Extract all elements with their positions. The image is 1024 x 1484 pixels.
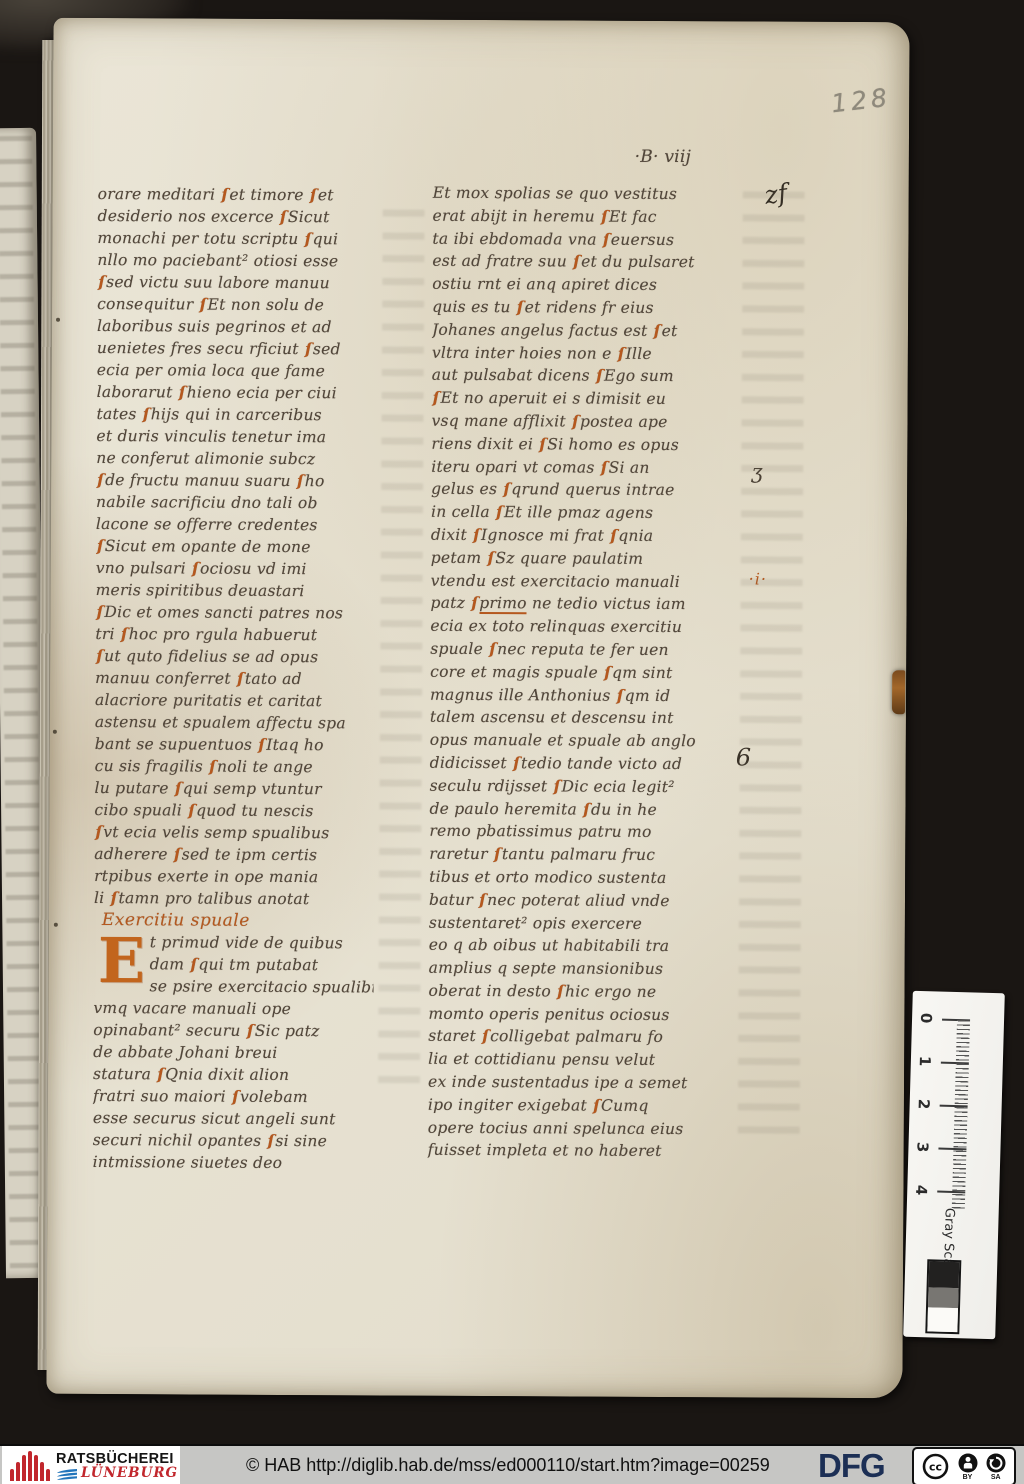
manuscript-text-line: est ad fratre suu ſet du pulsaret [432, 250, 737, 274]
manuscript-text-line: iteru opari vt comas ſSi an [431, 455, 736, 479]
manuscript-text-line: magnus ille Anthonius ſqm id [430, 683, 735, 707]
margin-rubric-mark: ·i· [749, 569, 767, 588]
dfg-logo: DFG [818, 1447, 885, 1484]
column2-body: Et mox spolias se quo vestituserat abijt… [428, 182, 738, 1164]
manuscript-text-line: de abbate Johani breui [93, 1041, 373, 1064]
manuscript-text-line: didicisset ſtedio tande victo ad [430, 752, 735, 776]
manuscript-text-line: ſSicut em opante de mone [96, 535, 376, 558]
manuscript-text-line: cibo spuali ſquod tu nescis [94, 799, 374, 822]
manuscript-text-line: meris spiritibus deuastari [96, 579, 376, 602]
scan-photo: 128 ·B· viij zf ʒ ·i· 6 orare meditari ſ… [0, 0, 1024, 1484]
manuscript-text-line: lacone se offerre credentes [96, 513, 376, 536]
manuscript-text-line: erat abijt in heremu ſEt fac [433, 205, 738, 229]
library-bars-icon [10, 1449, 50, 1481]
previous-folio-ghost-text [0, 136, 44, 1270]
manuscript-text-line: fuisset impleta et no haberet [428, 1139, 733, 1163]
manuscript-text-line: statura ſQnia dixit alion [93, 1063, 373, 1086]
manuscript-text-line: eo q ab oibus ut habitabili tra [429, 934, 734, 958]
manuscript-text-line: ſsed victu suu labore manuu [97, 271, 377, 294]
manuscript-text-line: orare meditari ſet timore ſet [98, 183, 378, 206]
manuscript-text-line: nabile sacrificiu dno tali ob [96, 491, 376, 514]
manuscript-text-line: vsq mane afflixit ſpostea ape [431, 410, 736, 434]
column1-body: orare meditari ſet timore ſetdesiderio n… [94, 183, 378, 910]
manuscript-text-line: bant se supuentuos ſItaq ho [95, 733, 375, 756]
manuscript-text-line: t primud vide de quibus [150, 931, 374, 954]
manuscript-text-line: li ſtamn pro talibus anotat [94, 887, 374, 910]
fore-edge-clasp-remnant [892, 670, 905, 714]
manuscript-text-line: uenietes fres secu rficiut ſsed [97, 337, 377, 360]
manuscript-text-line: aut pulsabat dicens ſEgo sum [432, 364, 737, 388]
manuscript-text-line: core et magis spuale ſqm sint [430, 660, 735, 684]
manuscript-text-line: momto operis penitus ociosus [428, 1002, 733, 1026]
ruler-minor-ticks [952, 1020, 970, 1210]
manuscript-text-line: cu sis fragilis ſnoli te ange [95, 755, 375, 778]
margin-nota-mark-2: 6 [736, 743, 751, 771]
manuscript-text-line: manuu conferret ſtato ad [95, 667, 375, 690]
manuscript-text-line: riens dixit ei ſSi homo es opus [431, 433, 736, 457]
patch-black [929, 1261, 960, 1288]
ruler-number-4: 4 [912, 1182, 930, 1198]
footer-bar: RATSBÜCHEREI LÜNEBURG © HAB http://digli… [0, 1444, 1024, 1484]
binding-hole [54, 923, 58, 927]
manuscript-text-line: monachi per totu scriptu ſqui [97, 227, 377, 250]
manuscript-text-line: rtpibus exerte in ope mania [94, 865, 374, 888]
manuscript-text-line: remo pbatissimus patru mo [429, 820, 734, 844]
manuscript-text-line: opinabant² securu ſSic patz [93, 1019, 373, 1042]
manuscript-text-line: vmq vacare manuali ope [93, 997, 373, 1020]
grayscale-ruler: 0 1 2 3 4 Gray Scale [903, 991, 1005, 1339]
column1-tail: vmq vacare manuali opeopinabant² securu … [93, 997, 374, 1174]
library-city: LÜNEBURG [81, 1467, 178, 1481]
manuscript-text-line: intmissione siuetes deo [93, 1151, 373, 1174]
manuscript-text-line: ſde fructu manuu suaru ſho [96, 469, 376, 492]
manuscript-text-line: tibus et orto modico sustenta [429, 866, 734, 890]
manuscript-text-line: consequitur ſEt non solu de [97, 293, 377, 316]
manuscript-text-line: lu putare ſqui semp vtuntur [95, 777, 375, 800]
manuscript-text-line: de paulo heremita ſdu in he [429, 797, 734, 821]
cc-by-icon: BY [958, 1453, 978, 1481]
cc-sa-icon: SA [986, 1453, 1006, 1481]
manuscript-text-line: adherere ſsed te ipm certis [94, 843, 374, 866]
manuscript-text-line: ex inde sustentadus ipe a semet [428, 1071, 733, 1095]
manuscript-text-line: seculu rdijsset ſDic ecia legit² [430, 774, 735, 798]
manuscript-text-line: esse securus sicut angeli sunt [93, 1107, 373, 1130]
text-column-2: Et mox spolias se quo vestituserat abijt… [428, 182, 738, 1164]
manuscript-text-line: dam ſqui tm putabat [150, 953, 374, 976]
ruler-number-1: 1 [916, 1053, 934, 1069]
manuscript-text-line: ſDic et omes sancti patres nos [95, 601, 375, 624]
manuscript-text-line: patz ſprimo ne tedio victus iam [430, 592, 735, 616]
manuscript-text-line: ecia ex toto relinquas exercitiu [430, 615, 735, 639]
manuscript-text-line: et duris vinculis tenetur ima [96, 425, 376, 448]
library-logo: RATSBÜCHEREI LÜNEBURG [2, 1446, 180, 1484]
manuscript-text-line: batur ſnec poterat aliud vnde [429, 888, 734, 912]
manuscript-text-line: in cella ſEt ille pmaz agens [431, 501, 736, 525]
cc-license-badge: cc BY SA [912, 1447, 1016, 1484]
svg-text:cc: cc [929, 1461, 942, 1474]
text-column-1: orare meditari ſet timore ſetdesiderio n… [93, 183, 378, 1174]
initial-paragraph: E t primud vide de quibusdam ſqui tm put… [93, 931, 373, 998]
manuscript-text-line: astensu et spualem affectu spa [95, 711, 375, 734]
manuscript-text-line: tri ſhoc pro rgula habuerut [95, 623, 375, 646]
manuscript-text-line: ostiu rnt ei anq apiret dices [432, 273, 737, 297]
manuscript-text-line: vno pulsari ſociosu vd imi [96, 557, 376, 580]
quire-signature: ·B· viij [573, 146, 753, 167]
manuscript-text-line: desiderio nos excerce ſSicut [98, 205, 378, 228]
binding-hole [56, 318, 60, 322]
binding-hole [53, 730, 57, 734]
manuscript-text-line: ſut quto fidelius se ad opus [95, 645, 375, 668]
folio-number: 128 [830, 83, 893, 119]
manuscript-text-line: ne conferut alimonie subcz [96, 447, 376, 470]
ruler-number-0: 0 [917, 1010, 935, 1026]
verso-show-through [378, 209, 425, 1089]
verso-show-through [738, 191, 805, 1141]
library-name: RATSBÜCHEREI [56, 1452, 178, 1467]
patch-white [927, 1307, 958, 1332]
grayscale-patches [925, 1259, 961, 1334]
manuscript-text-line: raretur ſtantu palmaru fruc [429, 843, 734, 867]
manuscript-text-line: se psire exercitacio spualibt [149, 975, 373, 998]
manuscript-text-line: opere tocius anni spelunca eius [428, 1116, 733, 1140]
cc-logo-icon: cc [922, 1453, 949, 1480]
manuscript-text-line: sustentaret² opis exercere [429, 911, 734, 935]
manuscript-text-line: quis es tu ſet ridens fr eius [432, 296, 737, 320]
manuscript-text-line: laboribus suis pegrinos et ad [97, 315, 377, 338]
manuscript-text-line: ſEt no aperuit ei s dimisit eu [432, 387, 737, 411]
manuscript-text-line: ſvt ecia velis semp spualibus [94, 821, 374, 844]
manuscript-page: 128 ·B· viij zf ʒ ·i· 6 orare meditari ſ… [46, 18, 909, 1398]
manuscript-text-line: dixit ſIgnosce mi frat ſqnia [431, 524, 736, 548]
manuscript-text-line: ta ibi ebdomada vna ſeuersus [432, 227, 737, 251]
manuscript-text-line: laborarut ſhieno ecia per ciui [97, 381, 377, 404]
patch-gray [928, 1287, 959, 1308]
manuscript-text-line: tates ſhijs qui in carceribus [96, 403, 376, 426]
copyright-text: © HAB http://diglib.hab.de/mss/ed000110/… [246, 1455, 770, 1476]
manuscript-text-line: nllo mo paciebant² otiosi esse [97, 249, 377, 272]
manuscript-text-line: opus manuale et spuale ab anglo [430, 729, 735, 753]
manuscript-text-line: securi nichil opantes ſsi sine [93, 1129, 373, 1152]
margin-flourish-mark: zf [763, 178, 789, 210]
manuscript-text-line: Johanes angelus factus est ſet [432, 319, 737, 343]
margin-nota-mark-1: ʒ [751, 459, 762, 483]
ruler-number-3: 3 [913, 1139, 931, 1155]
ruler-number-2: 2 [914, 1096, 932, 1112]
manuscript-text-line: spuale ſnec reputa te fer uen [430, 638, 735, 662]
manuscript-text-line: oberat in desto ſhic ergo ne [428, 980, 733, 1004]
manuscript-text-line: ipo ingiter exigebat ſCumq [428, 1094, 733, 1118]
manuscript-text-line: ecia per omia loca que fame [97, 359, 377, 382]
manuscript-text-line: vtendu est exercitacio manuali [431, 569, 736, 593]
manuscript-text-line: petam ſSz quare paulatim [431, 547, 736, 571]
manuscript-text-line: staret ſcolligebat palmaru fo [428, 1025, 733, 1049]
manuscript-text-line: lia et cottidianu pensu velut [428, 1048, 733, 1072]
manuscript-text-line: gelus es ſqrund querus intrae [431, 478, 736, 502]
book-waves-icon [56, 1468, 78, 1480]
decorated-initial-letter: E [93, 931, 149, 995]
manuscript-text-line: talem ascensu et descensu int [430, 706, 735, 730]
manuscript-text-line: Et mox spolias se quo vestitus [433, 182, 738, 206]
manuscript-text-line: alacriore puritatis et caritat [95, 689, 375, 712]
manuscript-text-line: amplius q septe mansionibus [429, 957, 734, 981]
manuscript-text-line: fratri suo maiori ſvolebam [93, 1085, 373, 1108]
manuscript-text-line: vltra inter hoies non e ſIlle [432, 341, 737, 365]
